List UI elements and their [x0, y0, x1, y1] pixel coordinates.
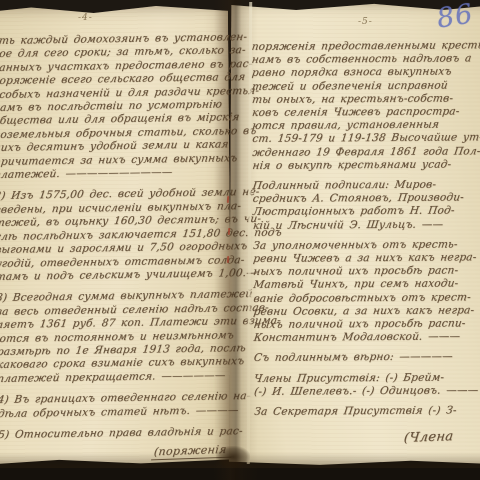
manuscript-line: равно порядка взноса выкупныхъ	[251, 66, 480, 81]
manuscript-line: платежей прекращается. ——————	[0, 369, 250, 386]
photographed-manuscript: -4- -5- 86 ить каждый домохозяинъ въ уст…	[0, 0, 480, 480]
manuscript-line: Члены Присутствія: (-) Брейм-	[253, 371, 480, 386]
catchword-right: (Члена	[403, 429, 454, 446]
archival-number-blue-pencil: 86	[435, 0, 476, 35]
manuscript-line: нія о выкупѣ крестьянами усад-	[252, 158, 480, 173]
page-number-left: -4-	[78, 13, 93, 23]
manuscript-line: (-) И. Шепелевъ.- (-) Одинцовъ. ———	[253, 384, 480, 399]
manuscript-line: тежей и обезпеченія исправной	[251, 79, 480, 94]
manuscript-line: Люстраціонныхъ работъ Н. Под-	[252, 205, 480, 220]
manuscript-line: кій и Лѣсничій Э. Шульцъ. ——	[252, 218, 480, 233]
manuscript-line: тамъ и подъ сельскимъ училищемъ 1,00.—	[0, 267, 248, 284]
right-page-text: поряженія предоставленными кресть-намъ в…	[251, 39, 480, 419]
manuscript-line: платежей. ——————————	[0, 165, 247, 182]
manuscript-line: жденнаго 19 Февраля 1861 года Пол-	[252, 145, 480, 160]
left-page-text: ить каждый домохозяинъ въ установлен-ное…	[0, 31, 249, 442]
manuscript-line: Константинъ Модаловской. ———	[253, 330, 480, 345]
manuscript-line: За Секретаря Присутствія (-) З-	[253, 404, 480, 419]
manuscript-line: Съ подлиннымъ вѣрно: —————	[253, 351, 480, 366]
damage-blotch	[216, 446, 250, 468]
manuscript-line: Матвѣй Чинхъ, при семъ находи-	[252, 278, 480, 293]
page-number-right: -5-	[358, 17, 373, 27]
manuscript-line: ваніе добросовѣстныхъ отъ крест-	[253, 291, 480, 306]
manuscript-line: ст. 159-179 и 119-138 Высочайше ут-	[251, 132, 480, 147]
